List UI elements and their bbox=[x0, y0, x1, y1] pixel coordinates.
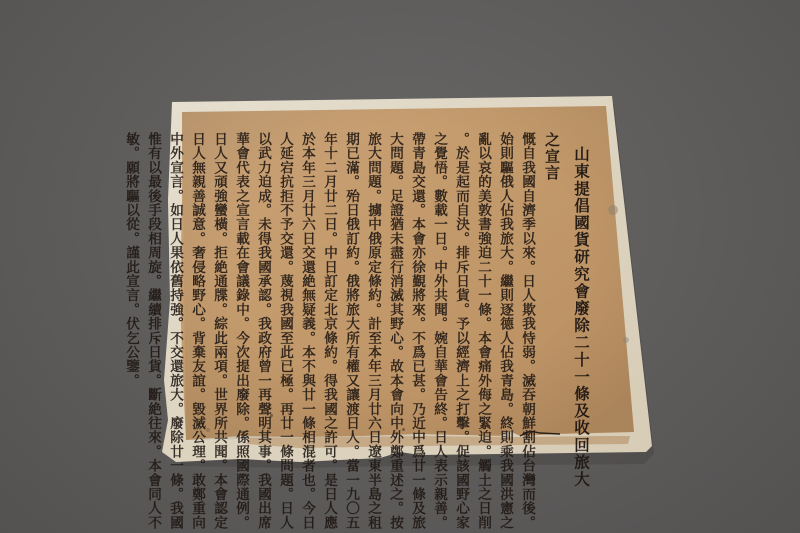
text-column: 敏。願將驅以從。謹此宣言。伏乞公鑒。 bbox=[120, 132, 142, 422]
text-column: 日人無親善誠意。奢侵略野心。背棄友誼。毀滅公理。敢鄭重向 bbox=[186, 132, 208, 422]
text-column: 。於是起而自決。排斥日貨。予以經濟上之打擊。促該國野心家 bbox=[450, 132, 472, 422]
text-column: 慨自我國自濟季以來。日人欺我恃弱。滅吞朝鮮割佔台灣而後。 bbox=[516, 132, 538, 422]
text-column: 之覺悟。數載一日。中外共聞。婉自華會告終。日人表示親善。 bbox=[428, 132, 450, 422]
text-column: 始則驅俄人佔我旅大。繼則逐德人佔我青島。終則乘我國洪憲之 bbox=[494, 132, 516, 422]
text-column: 旅大問題。擄中俄原定條約。計至本年三月廿六日遼東半島之租 bbox=[362, 132, 384, 422]
text-column: 人延宕抗拒不予交還。蔑視我國至此已極。再廿一條問題。日人 bbox=[274, 132, 296, 422]
text-column: 亂以哀的美敦書強迫二十一條。本會痛外侮之緊迫。觸土之日削 bbox=[472, 132, 494, 422]
text-column: 年十二月廿二日。中日訂定北京條約。得我國之許可。是日人應 bbox=[318, 132, 340, 422]
text-column: 中外宣言。如日人果依舊持強。不交還旅大。廢除廿一條。我國 bbox=[164, 132, 186, 422]
document-subtitle: 之宣言 bbox=[538, 132, 566, 422]
text-column: 日人又頑強蠻橫。拒絶通牒。綜此兩項。世界所共聞。本會認定 bbox=[208, 132, 230, 422]
photo-scene: 山東提倡國貨研究會廢除二十一條及收回旅大 之宣言 慨自我國自濟季以來。日人欺我恃… bbox=[0, 0, 800, 533]
text-column: 以武力迫成。未得我國承認。我政府曾一再聲明其事。我國出席 bbox=[252, 132, 274, 422]
document-title: 山東提倡國貨研究會廢除二十一條及收回旅大 bbox=[566, 146, 596, 422]
text-column: 大問題。足證猶未盡行消滅其野心。故本會向中外鄭重述之。按 bbox=[384, 132, 406, 422]
text-column: 帶青島交還。本會亦徐覲將來。不爲已甚。乃近中爲廿一條及旅 bbox=[406, 132, 428, 422]
ink-spot bbox=[266, 432, 268, 434]
ink-spot bbox=[270, 414, 273, 417]
text-column: 惟有以最後手段相周旋。繼續排斥日貨。斷絶往來。本會同人不 bbox=[142, 132, 164, 422]
text-column: 於本年三月廿六日交還絶無疑義。本不與廿一條相混者也。今日 bbox=[296, 132, 318, 422]
document-text: 山東提倡國貨研究會廢除二十一條及收回旅大 之宣言 慨自我國自濟季以來。日人欺我恃… bbox=[196, 132, 596, 422]
ink-spot bbox=[402, 428, 405, 431]
text-column: 期已滿。殆日俄訂約。俄將旅大所有權又讓渡日人。當一九〇五 bbox=[340, 132, 362, 422]
text-column: 華會代表之宣言載在會議錄中。今次提出廢除。係照國際通例。 bbox=[230, 132, 252, 422]
